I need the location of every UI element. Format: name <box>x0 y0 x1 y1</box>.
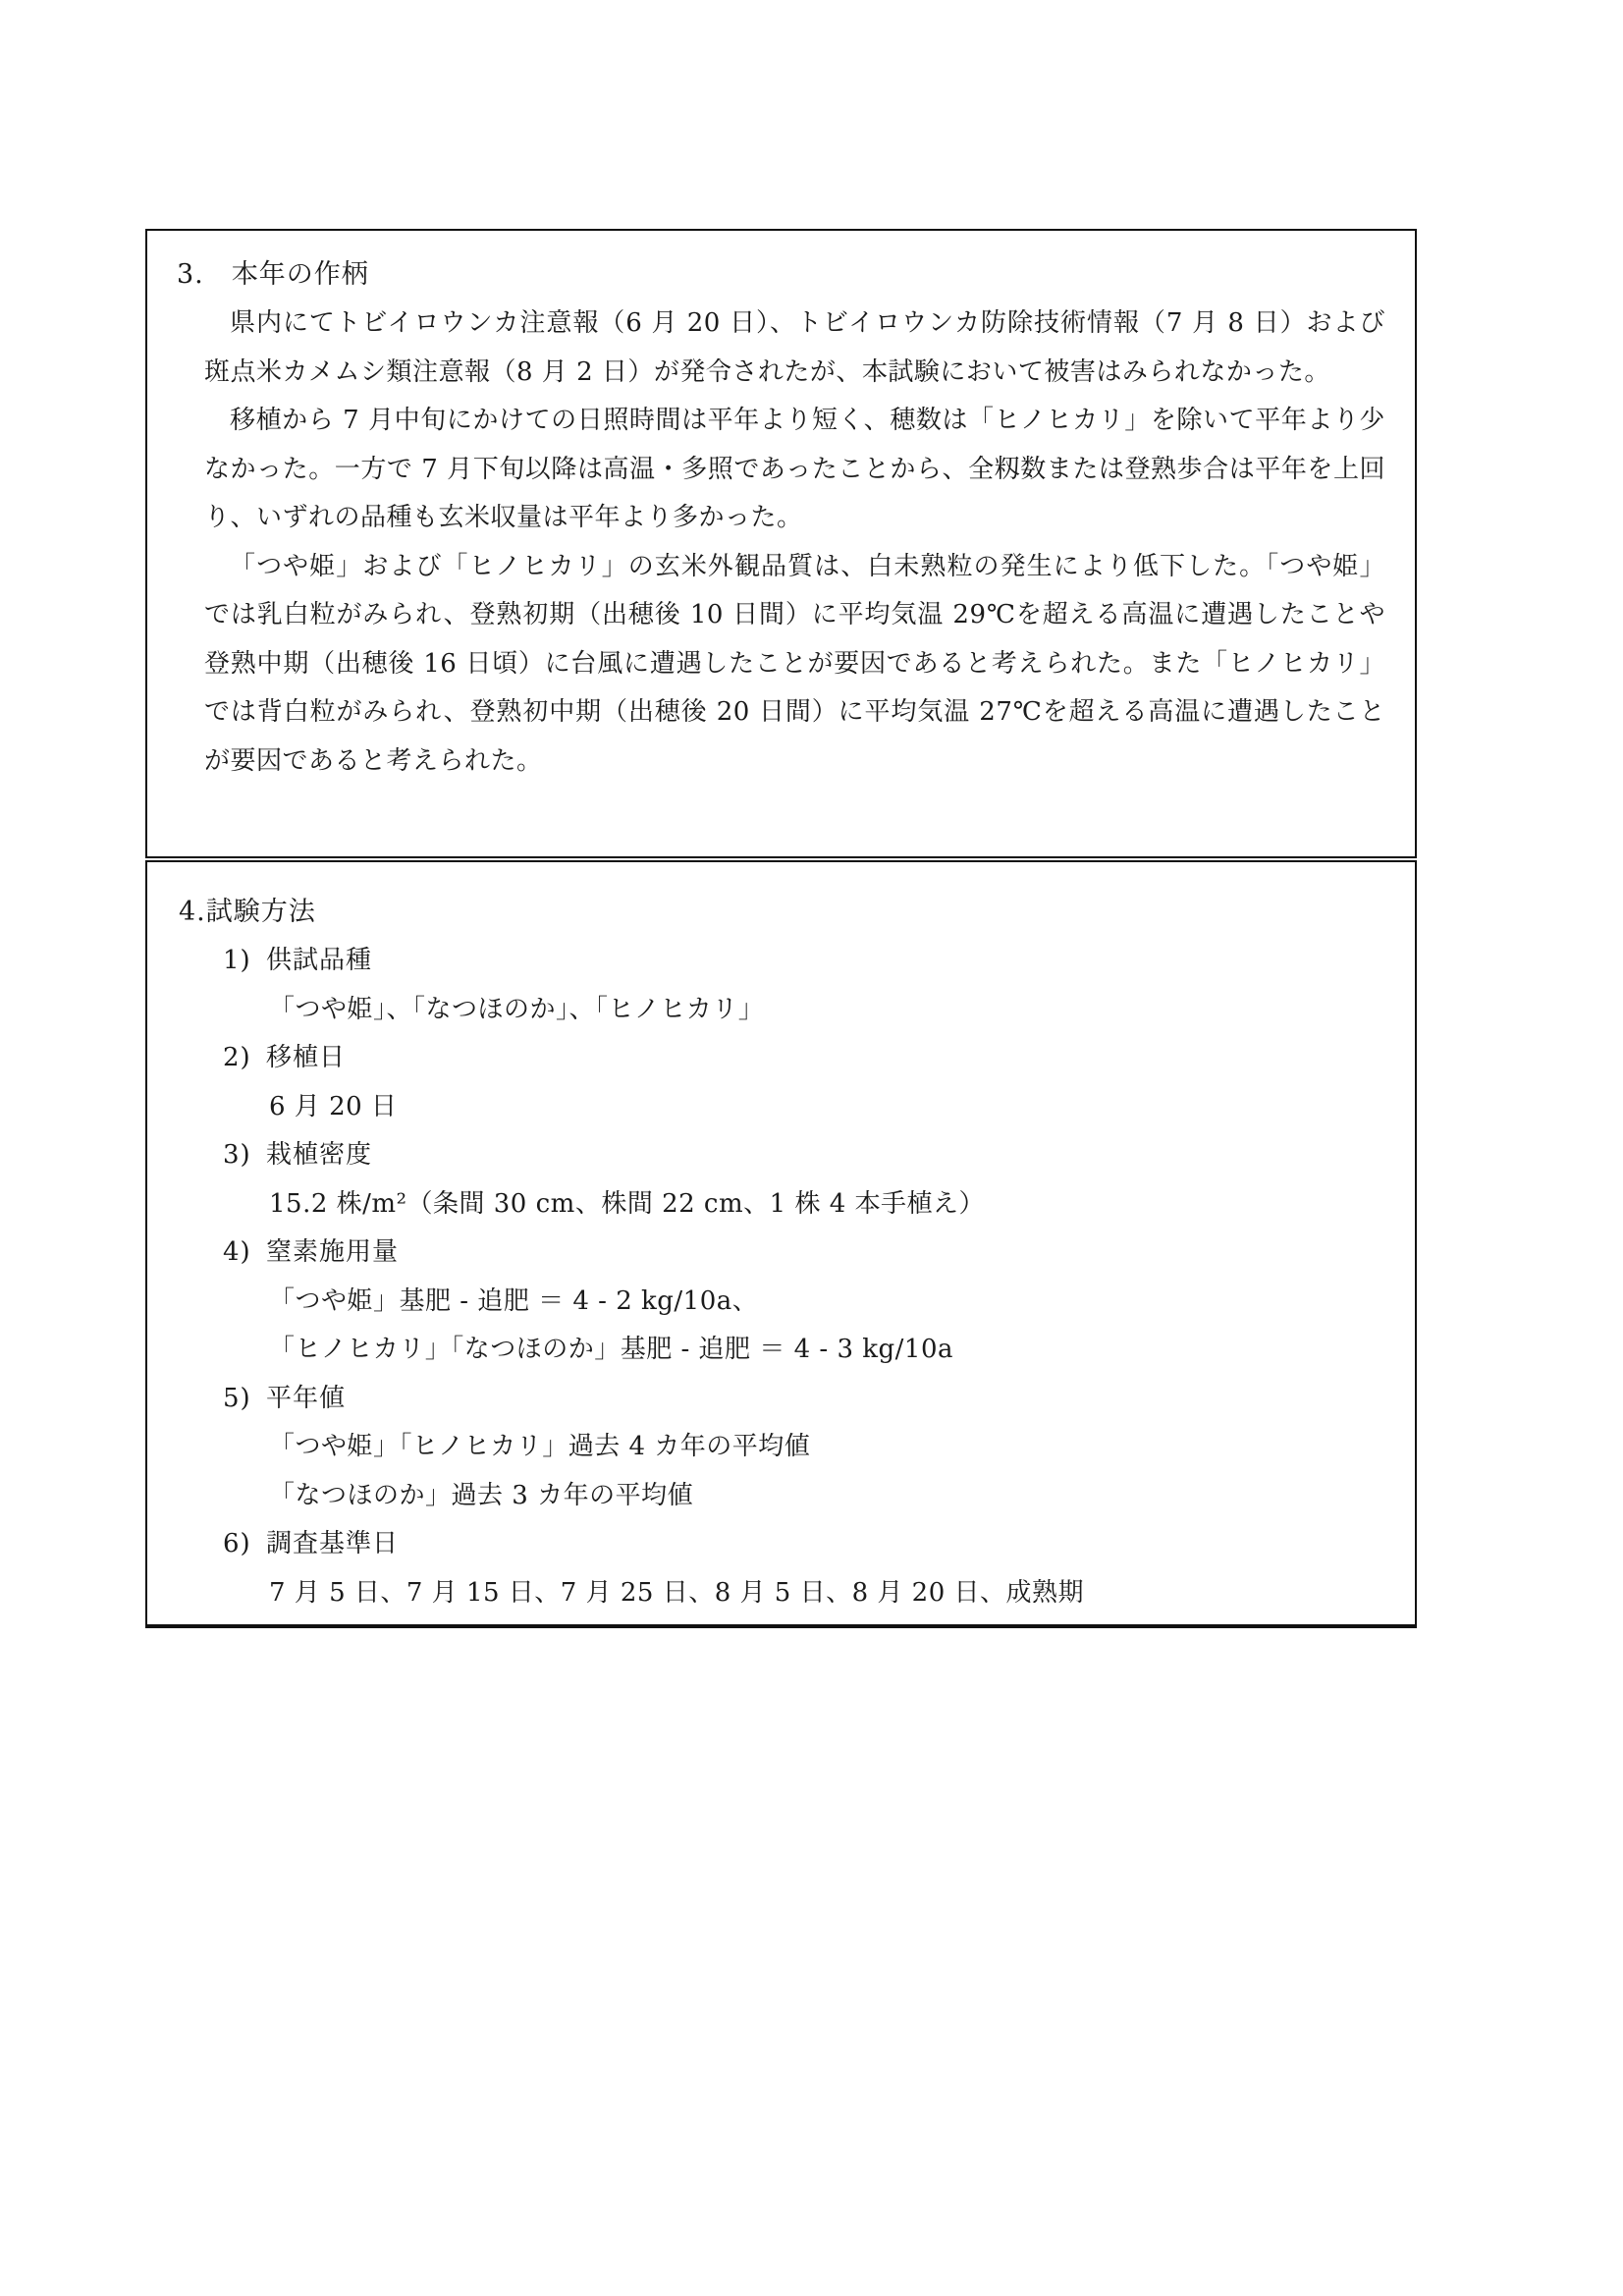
section-3-paragraph-3: 「つや姫」および「ヒノヒカリ」の玄米外観品質は、白未熟粒の発生により低下した。「… <box>204 543 1385 787</box>
method-item-6: 6)調査基準日 7 月 5 日、7 月 15 日、7 月 25 日、8 月 5 … <box>179 1520 1385 1617</box>
item-4-number: 4) <box>223 1229 266 1278</box>
item-1-number: 1) <box>223 937 266 986</box>
method-item-4: 4)窒素施用量 「つや姫」基肥 - 追肥 ＝ 4 - 2 kg/10a、 「ヒノ… <box>179 1229 1385 1375</box>
item-4-label: 窒素施用量 <box>266 1237 399 1267</box>
item-5-line-2: 「なつほのか」過去 3 カ年の平均値 <box>179 1472 1385 1521</box>
item-2-number: 2) <box>223 1034 266 1083</box>
method-list: 1)供試品種 「つや姫」、「なつほのか」、「ヒノヒカリ」 2)移植日 6 月 2… <box>179 937 1385 1617</box>
method-item-1: 1)供試品種 「つや姫」、「なつほのか」、「ヒノヒカリ」 <box>179 937 1385 1034</box>
item-3-number: 3) <box>223 1131 266 1180</box>
section-4-title: 4.試験方法 <box>179 888 1385 937</box>
item-2-label: 移植日 <box>266 1043 346 1072</box>
item-4-line-1: 「つや姫」基肥 - 追肥 ＝ 4 - 2 kg/10a、 <box>179 1278 1385 1327</box>
method-item-5: 5)平年値 「つや姫」「ヒノヒカリ」過去 4 カ年の平均値 「なつほのか」過去 … <box>179 1375 1385 1521</box>
item-4-line-2: 「ヒノヒカリ」「なつほのか」基肥 - 追肥 ＝ 4 - 3 kg/10a <box>179 1326 1385 1375</box>
item-1-line-1: 「つや姫」、「なつほのか」、「ヒノヒカリ」 <box>179 986 1385 1035</box>
method-item-3: 3)栽植密度 15.2 株/m²（条間 30 cm、株間 22 cm、1 株 4… <box>179 1131 1385 1229</box>
item-5-label: 平年値 <box>266 1384 346 1413</box>
item-3-label: 栽植密度 <box>266 1140 372 1170</box>
item-2-line-1: 6 月 20 日 <box>179 1083 1385 1132</box>
item-6-number: 6) <box>223 1520 266 1569</box>
item-1-label: 供試品種 <box>266 946 372 975</box>
section-3-title: 3. 本年の作柄 <box>177 250 1385 300</box>
item-6-label: 調査基準日 <box>266 1529 399 1558</box>
item-6-line-1: 7 月 5 日、7 月 15 日、7 月 25 日、8 月 5 日、8 月 20… <box>179 1569 1385 1618</box>
section-3-box: 3. 本年の作柄 県内にてトビイロウンカ注意報（6 月 20 日）、トビイロウン… <box>145 229 1417 858</box>
item-5-line-1: 「つや姫」「ヒノヒカリ」過去 4 カ年の平均値 <box>179 1423 1385 1472</box>
section-3-paragraph-2: 移植から 7 月中旬にかけての日照時間は平年より短く、穂数は「ヒノヒカリ」を除い… <box>204 397 1385 543</box>
item-3-line-1: 15.2 株/m²（条間 30 cm、株間 22 cm、1 株 4 本手植え） <box>179 1180 1385 1230</box>
section-4-box: 4.試験方法 1)供試品種 「つや姫」、「なつほのか」、「ヒノヒカリ」 2)移植… <box>145 860 1417 1628</box>
method-item-2: 2)移植日 6 月 20 日 <box>179 1034 1385 1131</box>
item-5-number: 5) <box>223 1375 266 1424</box>
section-3-paragraph-1: 県内にてトビイロウンカ注意報（6 月 20 日）、トビイロウンカ防除技術情報（7… <box>204 300 1385 397</box>
document-page: 3. 本年の作柄 県内にてトビイロウンカ注意報（6 月 20 日）、トビイロウン… <box>0 0 1623 2296</box>
